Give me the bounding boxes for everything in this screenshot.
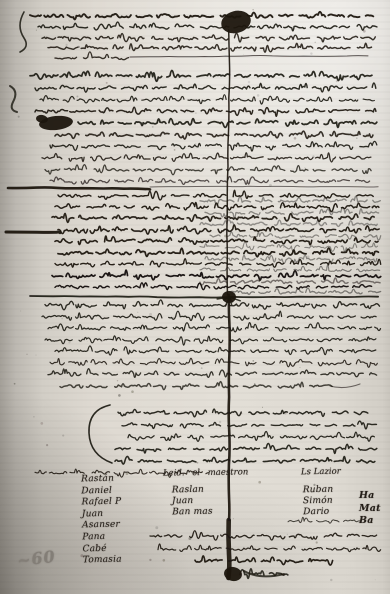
name-entry: Ha bbox=[359, 490, 381, 503]
name-entry: Asanser bbox=[82, 520, 122, 532]
name-column-right-header: Ls Lazior bbox=[301, 467, 341, 478]
name-column-middle: Raslan Juan Ban mas bbox=[172, 485, 213, 519]
name-entry: Dario bbox=[303, 507, 334, 519]
name-entry: Ban mas bbox=[172, 507, 213, 519]
name-column-middle-header: Leid. el maestron bbox=[163, 467, 248, 478]
manuscript-photo: Rastán Daniel Rafael P Juan Asanser Pana… bbox=[0, 0, 390, 594]
name-column-left: Rastán Daniel Rafael P Juan Asanser Pana… bbox=[81, 474, 123, 568]
name-entry: Ba bbox=[359, 515, 381, 528]
name-column-right: Ruban Simón Dario bbox=[303, 485, 334, 519]
name-entry: Raslan bbox=[172, 485, 213, 497]
name-entry: Mat bbox=[359, 503, 381, 516]
name-entry: Rafael P bbox=[82, 497, 122, 509]
name-column-page-edge: Ha Mat Ba bbox=[359, 490, 381, 528]
name-entry: Rastán bbox=[81, 474, 121, 486]
name-entry: Pana bbox=[82, 532, 122, 544]
name-entry: Tomasia bbox=[83, 555, 123, 567]
name-entry: Ruban bbox=[303, 485, 334, 497]
folio-number: ~60 bbox=[16, 547, 57, 571]
